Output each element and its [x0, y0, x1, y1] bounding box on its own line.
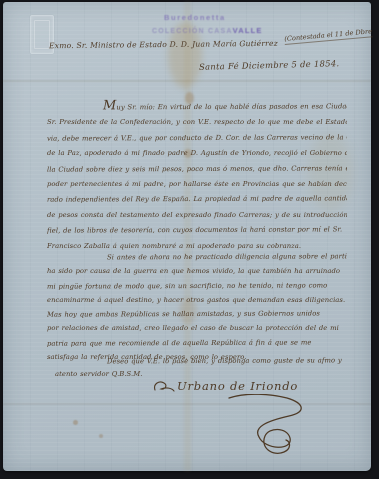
manuscript-line: rado independientes del Rey de España. L…	[47, 192, 347, 209]
horizontal-fold-crease-top	[3, 80, 371, 82]
manuscript-line: encaminarme á aquel destino, y hacer otr…	[47, 293, 347, 307]
signature-row: Urbano de Iriondo	[153, 379, 298, 393]
manuscript-line: Mas hoy que ambas Repúblicas se hallan a…	[47, 307, 347, 323]
foxing-dot	[73, 420, 78, 425]
embossed-seal	[30, 15, 54, 54]
signature-lead-flourish-icon	[153, 379, 175, 393]
manuscript-line: fiel, de los libros de tesorería, con cu…	[47, 223, 347, 240]
foxing-dot	[99, 434, 103, 438]
manuscript-line: de pesos consta del testamento del expre…	[47, 208, 347, 223]
manuscript-line: poder pertenecientes á mi padre, por hal…	[47, 177, 347, 192]
answered-annotation-text: (Contestada el 11 de Dbre	[284, 27, 373, 45]
manuscript-line: Sr. Presidente de la Confederación, y co…	[47, 115, 347, 130]
body-paragraph-1: Muy Sr. mío: En virtud de lo que hablé d…	[47, 98, 347, 254]
answered-annotation: (Contestada el 11 de Dbre	[284, 27, 372, 43]
dateline: Santa Fé Diciembre 5 de 1854.	[199, 58, 340, 72]
archive-stamp-line1: Buredonetta	[164, 13, 226, 22]
signature-rubric-flourish-icon	[225, 394, 311, 462]
manuscript-line: mi pingüe fortuna de modo que, sin un sa…	[47, 278, 347, 294]
manuscript-line: ha sido por causa de la guerra en que he…	[47, 264, 347, 278]
manuscript-line: Si antes de ahora no he practicado dilig…	[47, 250, 347, 265]
manuscript-line: patria para que me recomiende al de aque…	[47, 335, 347, 351]
stain	[185, 92, 194, 104]
closing-line: atento servidor Q.B.S.M.	[55, 368, 347, 381]
stain	[179, 298, 197, 324]
manuscript-line: lla Ciudad sobre diez y seis mil pesos, …	[47, 161, 347, 178]
closing-line: Deseo que V.E. lo pase bien, y disponga …	[55, 355, 347, 368]
archive-stamp-line2-faint: COLECCIÓN CASA	[152, 28, 233, 35]
letter-paper: Buredonetta COLECCIÓN CASAVALLE (Contest…	[3, 2, 371, 471]
stain	[168, 22, 202, 88]
archive-stamp-line2: COLECCIÓN CASAVALLE	[152, 26, 263, 35]
manuscript-line: satisfaga la referida cantidad de pesos,…	[47, 350, 347, 364]
manuscript-line: Muy Sr. mío: En virtud de lo que hablé d…	[47, 98, 347, 116]
closing-lines: Deseo que V.E. lo pase bien, y disponga …	[55, 355, 347, 380]
manuscript-line: via, debe merecer á V.E., que por conduc…	[47, 130, 347, 147]
body-paragraph-2: Si antes de ahora no he practicado dilig…	[47, 250, 347, 364]
scanned-letter-page: Buredonetta COLECCIÓN CASAVALLE (Contest…	[0, 0, 379, 479]
manuscript-line: Francisco Zaballa á quien nombraré a mi …	[47, 239, 347, 254]
stain	[184, 149, 192, 158]
signature-name: Urbano de Iriondo	[177, 379, 298, 393]
manuscript-line: por relaciones de amistad, creo llegado …	[47, 321, 347, 335]
stain	[308, 132, 353, 212]
vertical-fold-crease	[184, 2, 191, 471]
horizontal-fold-crease-bottom	[3, 403, 371, 405]
archive-stamp-line2-dark: VALLE	[233, 26, 263, 35]
manuscript-line: de la Paz, apoderado á mi finado padre D…	[47, 146, 347, 161]
embossed-seal-inner	[34, 20, 50, 49]
addressee-line: Exmo. Sr. Ministro de Estado D. D. Juan …	[49, 39, 278, 50]
